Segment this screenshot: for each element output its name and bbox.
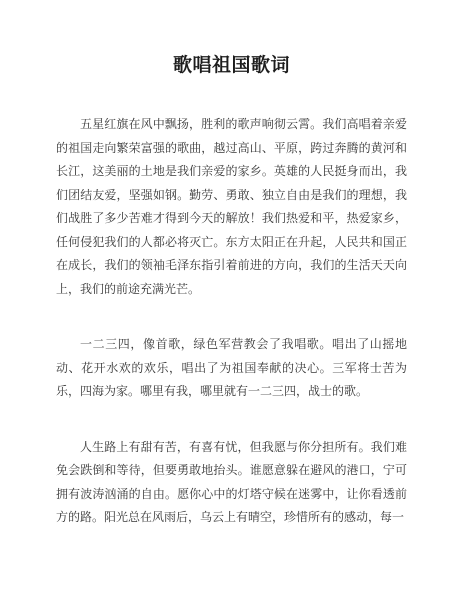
document-title: 歌唱祖国歌词 [56, 55, 407, 77]
paragraph-soldier-song: 一二三四，像首歌，绿色军营教会了我唱歌。唱出了山摇地动、花开水欢的欢乐，唱出了为… [56, 333, 407, 404]
document-page: 歌唱祖国歌词 五星红旗在风中飘扬，胜利的歌声响彻云霄。我们高唱着亲爱的祖国走向繁… [0, 0, 463, 600]
paragraph-anthem-lyrics: 五星红旗在风中飘扬，胜利的歌声响彻云霄。我们高唱着亲爱的祖国走向繁荣富强的歌曲，… [56, 113, 407, 301]
paragraph-sunshine-after-storm: 人生路上有甜有苦，有喜有忧，但我愿与你分担所有。我们难免会跌倒和等待，但要勇敢地… [56, 436, 407, 530]
